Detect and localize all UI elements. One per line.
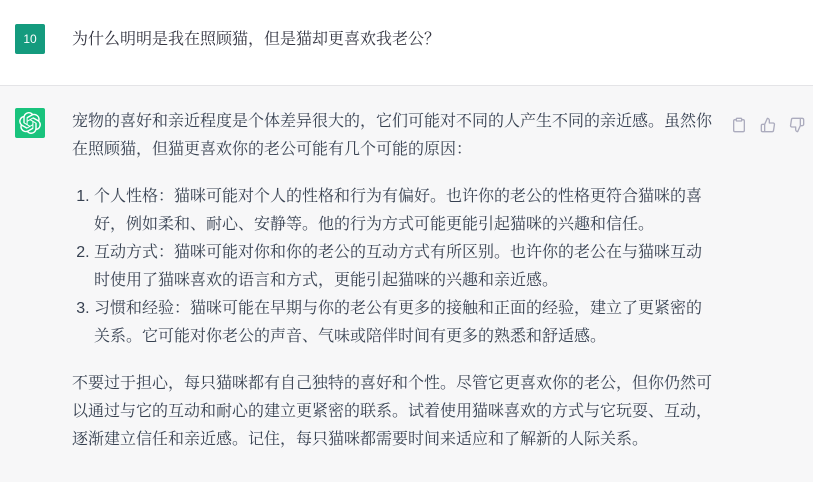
assistant-message-row: 宠物的喜好和亲近程度是个体差异很大的，它们可能对不同的人产生不同的亲近感。虽然你… bbox=[0, 85, 813, 482]
assistant-intro-paragraph: 宠物的喜好和亲近程度是个体差异很大的，它们可能对不同的人产生不同的亲近感。虽然你… bbox=[72, 108, 717, 164]
list-item: 互动方式：猫咪可能对你和你的老公的互动方式有所区别。也许你的老公在与猫咪互动时使… bbox=[94, 239, 717, 295]
user-avatar: 10 bbox=[15, 24, 45, 54]
copy-button[interactable] bbox=[731, 117, 747, 133]
user-message-row: 10 为什么明明是我在照顾猫，但是猫却更喜欢我老公？ bbox=[0, 0, 813, 85]
user-message-body: 为什么明明是我在照顾猫，但是猫却更喜欢我老公？ bbox=[72, 24, 717, 54]
user-avatar-label: 10 bbox=[23, 32, 36, 46]
chatgpt-logo-icon bbox=[19, 112, 41, 134]
thumbs-down-icon bbox=[789, 117, 805, 133]
user-message-text: 为什么明明是我在照顾猫，但是猫却更喜欢我老公？ bbox=[72, 26, 717, 54]
thumbs-down-button[interactable] bbox=[789, 117, 805, 133]
assistant-outro-paragraph: 不要过于担心，每只猫咪都有自己独特的喜好和个性。尽管它更喜欢你的老公，但你仍然可… bbox=[72, 370, 717, 454]
message-actions bbox=[731, 108, 805, 133]
list-item: 个人性格：猫咪可能对个人的性格和行为有偏好。也许你的老公的性格更符合猫咪的喜好，… bbox=[94, 183, 717, 239]
assistant-reason-list: 个人性格：猫咪可能对个人的性格和行为有偏好。也许你的老公的性格更符合猫咪的喜好，… bbox=[72, 183, 717, 351]
assistant-message-body: 宠物的喜好和亲近程度是个体差异很大的，它们可能对不同的人产生不同的亲近感。虽然你… bbox=[72, 108, 717, 454]
list-item: 习惯和经验：猫咪可能在早期与你的老公有更多的接触和正面的经验，建立了更紧密的关系… bbox=[94, 295, 717, 351]
copy-icon bbox=[731, 117, 747, 133]
assistant-avatar bbox=[15, 108, 45, 138]
thumbs-up-icon bbox=[760, 117, 776, 133]
chat-conversation: 10 为什么明明是我在照顾猫，但是猫却更喜欢我老公？ 宠物的喜好和亲近程度是个体… bbox=[0, 0, 813, 482]
thumbs-up-button[interactable] bbox=[760, 117, 776, 133]
